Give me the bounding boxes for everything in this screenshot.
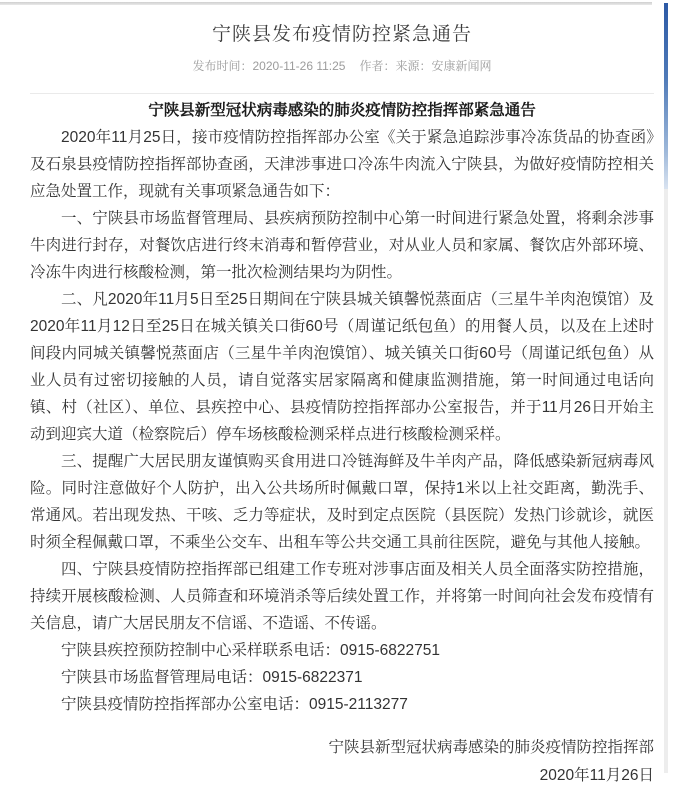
contact-line: 宁陕县疾控预防控制中心采样联系电话：0915-6822751 [30,637,654,664]
contact-line: 宁陕县疫情防控指挥部办公室电话：0915-2113277 [30,691,654,718]
source-name: 安康新闻网 [432,59,492,73]
signature-date: 2020年11月26日 [30,762,654,790]
notice-paragraph: 三、提醒广大居民朋友谨慎购买食用进口冷链海鲜及牛羊肉产品，降低感染新冠病毒风险。… [30,448,654,556]
page-title: 宁陕县发布疫情防控紧急通告 [30,25,654,45]
notice-paragraph: 四、宁陕县疫情防控指挥部已组建工作专班对涉事店面及相关人员全面落实防控措施，持续… [30,556,654,637]
notice-paragraph: 2020年11月25日，接市疫情防控指挥部办公室《关于紧急追踪涉事冷冻货品的协查… [30,124,654,205]
notice-paragraph: 一、宁陕县市场监督管理局、县疾病预防控制中心第一时间进行紧急处置，将剩余涉事牛肉… [30,205,654,286]
article-body: 宁陕县发布疫情防控紧急通告 发布时间：2020-11-26 11:25作者：来源… [30,0,654,790]
author-label: 作者： [359,59,395,73]
publish-time-value: 2020-11-26 11:25 [253,59,346,73]
notice-paragraph: 二、凡2020年11月5日至25日期间在宁陕县城关镇馨悦蒸面店（三星牛羊肉泡馍馆… [30,286,654,448]
article-meta: 发布时间：2020-11-26 11:25作者：来源：安康新闻网 [30,59,654,73]
publish-time-label: 发布时间： [192,59,252,73]
signature-org: 宁陕县新型冠状病毒感染的肺炎疫情防控指挥部 [30,734,654,762]
signature-block: 宁陕县新型冠状病毒感染的肺炎疫情防控指挥部 2020年11月26日 [30,734,654,790]
scrollbar-track[interactable] [664,3,668,773]
meta-divider [30,93,654,94]
contact-line: 宁陕县市场监督管理局电话：0915-6822371 [30,664,654,691]
source-label: 来源： [395,59,431,73]
notice-heading: 宁陕县新型冠状病毒感染的肺炎疫情防控指挥部紧急通告 [30,97,654,124]
scrollbar-thumb[interactable] [664,3,668,189]
article-page: 宁陕县发布疫情防控紧急通告 发布时间：2020-11-26 11:25作者：来源… [0,0,690,794]
